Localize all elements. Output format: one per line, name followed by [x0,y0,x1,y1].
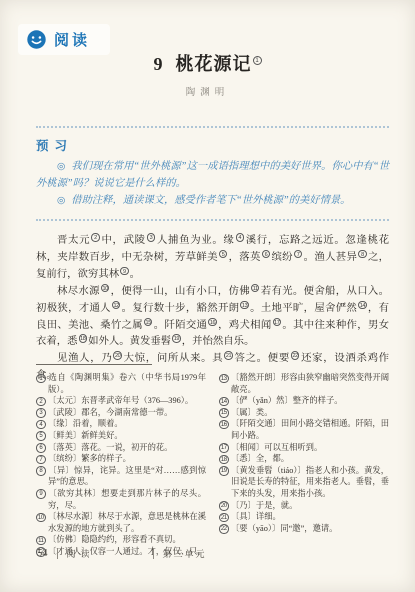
footnote-text: 〔相闻〕可以互相听到。 [231,443,322,452]
footnote-text: 〔太元〕东晋孝武帝年号（376—396）。 [48,396,193,405]
footnote-item: 21〔具〕详细。 [219,511,389,523]
footnotes-right: 13〔豁然开朗〕形容由狭窄幽暗突然变得开阔敞亮。14〔俨（yǎn）然〕整齐的样子… [219,372,389,558]
footer-section-label: 阅读 [67,547,153,560]
preview-item: ◎我们现在常用“世外桃源”这一成语指理想中的美好世界。你心中有“世外桃源”吗？说… [36,159,389,193]
footnote-item: 14〔俨（yǎn）然〕整齐的样子。 [219,395,389,407]
footnote-number: 16 [219,420,229,430]
note-ref-icon: 8 [358,250,367,259]
footnote-item: 16〔阡陌交通〕田间小路交错相通。阡陌，田间小路。 [219,418,389,441]
footnote-text: 〔黄发垂髫（tiáo）〕指老人和小孩。黄发，旧说是长寿的特征，用来指老人。垂髫，… [231,466,389,498]
note-ref-icon: 22 [291,351,300,360]
footnote-number: 14 [219,397,229,407]
footnote-item: 20〔乃〕于是，就。 [219,500,389,512]
footnote-item: 4〔缘〕沿着，顺着。 [36,418,206,430]
footnote-text: 〔林尽水源〕林尽于水源，意思是桃林在溪水发源的地方就到头了。 [48,512,206,533]
note-ref-icon: 3 [147,233,156,242]
footnote-text: 〔缤纷〕繁多的样子。 [48,454,131,463]
lesson-title-text: 桃花源记 [176,54,252,74]
footnote-item: 13〔豁然开朗〕形容由狭窄幽暗突然变得开阔敞亮。 [219,372,389,395]
footnote-number: 21 [219,513,229,523]
footnotes-left: 1选自《陶渊明集》卷六（中华书局1979年版）。2〔太元〕东晋孝武帝年号（376… [36,372,206,558]
footnote-item: 3〔武陵〕郡名，今湖南常德一带。 [36,407,206,419]
footnote-number: 20 [219,501,229,511]
note-ref-icon: 18 [79,334,88,343]
footnotes: 1选自《陶渊明集》卷六（中华书局1979年版）。2〔太元〕东晋孝武帝年号（376… [36,372,389,558]
footnote-item: 11〔仿佛〕隐隐约约，形容看不真切。 [36,534,206,546]
footnote-text: 〔落英〕落花。一说，初开的花。 [48,443,172,452]
note-ref-icon: 13 [240,301,249,310]
note-ref-icon: 2 [91,233,100,242]
note-ref-icon: 4 [236,233,245,242]
footnote-item: 19〔黄发垂髫（tiáo）〕指老人和小孩。黄发，旧说是长寿的特征，用来指老人。垂… [219,465,389,500]
footnote-text: 〔豁然开朗〕形容由狭窄幽暗突然变得开阔敞亮。 [231,373,389,394]
footer-unit-label: 第三单元 [163,547,207,560]
footnote-number: 3 [36,408,46,418]
note-ref-icon: 7 [294,250,303,259]
title-note-ref-icon: 1 [253,56,262,65]
footnote-item: 15〔属〕类。 [219,407,389,419]
footnote-item: 8〔异〕惊异，诧异。这里是“对……感到惊异”的意思。 [36,465,206,488]
footnote-number: 1 [36,374,46,384]
footnote-number: 18 [219,455,229,465]
footnote-item: 9〔欲穷其林〕想要走到那片林子的尽头。穷，尽。 [36,488,206,511]
note-ref-icon: 19 [172,334,181,343]
footnote-text: 〔具〕详细。 [231,512,281,521]
footnote-number: 10 [36,513,46,523]
footnote-item: 17〔相闻〕可以互相听到。 [219,442,389,454]
footnote-item: 7〔缤纷〕繁多的样子。 [36,453,206,465]
footnote-text: 〔武陵〕郡名，今湖南常德一带。 [48,408,172,417]
footnote-number: 8 [36,466,46,476]
note-ref-icon: 21 [224,351,233,360]
footnote-number: 13 [219,374,229,384]
footnote-item: 5〔鲜美〕新鲜美好。 [36,430,206,442]
note-ref-icon: 6 [262,250,271,259]
footnote-number: 2 [36,397,46,407]
footnote-number: 6 [36,443,46,453]
page-footer: 54 阅读 第三单元 [37,547,389,560]
lesson-number: 9 [154,54,164,74]
footnote-item: 22〔要（yāo）〕同“邀”，邀请。 [219,523,389,535]
note-ref-icon: 14 [358,301,367,310]
footer-divider-bar [153,548,154,559]
footnote-divider [36,364,152,365]
footnote-text: 选自《陶渊明集》卷六（中华书局1979年版）。 [48,373,206,394]
footnote-text: 〔欲穷其林〕想要走到那片林子的尽头。穷，尽。 [48,489,206,510]
note-ref-icon: 10 [101,284,110,293]
note-ref-icon: 17 [273,318,282,327]
note-ref-icon: 15 [144,318,153,327]
textbook-page: 阅读 9桃花源记1 陶渊明 预习 ◎我们现在常用“世外桃源”这一成语指理想中的美… [0,0,415,592]
note-ref-icon: 20 [113,351,122,360]
ring-bullet-icon: ◎ [57,162,65,172]
smiley-face-icon [26,29,47,50]
footnote-text: 〔属〕类。 [231,408,273,417]
main-text: 晋太元2中，武陵3人捕鱼为业。缘4溪行，忘路之远近。忽逢桃花林，夹岸数百步，中无… [36,233,389,385]
preview-item-text: 借助注释，通读课文，感受作者笔下“世外桃源”的美好情景。 [71,195,350,206]
footnote-text: 〔要（yāo）〕同“邀”，邀请。 [231,524,337,533]
note-ref-icon: 12 [112,301,121,310]
preview-section: 预习 ◎我们现在常用“世外桃源”这一成语指理想中的美好世界。你心中有“世外桃源”… [36,126,389,221]
footnote-item: 1选自《陶渊明集》卷六（中华书局1979年版）。 [36,372,206,395]
note-ref-icon: 9 [120,267,129,276]
body-paragraph: 林尽水源10，便得一山，山有小口，仿佛11若有光。便舍船，从口入。初极狭，才通人… [36,284,389,352]
footnote-number: 5 [36,431,46,441]
note-ref-icon: 5 [219,250,228,259]
footnote-number: 4 [36,420,46,430]
lesson-title: 9桃花源记1 [0,50,415,76]
footnote-text: 〔阡陌交通〕田间小路交错相通。阡陌，田间小路。 [231,419,389,440]
note-ref-icon: 16 [208,318,217,327]
footnote-number: 11 [36,536,46,546]
footnote-text: 〔仿佛〕隐隐约约，形容看不真切。 [48,535,181,544]
footnote-number: 17 [219,443,229,453]
footnote-item: 2〔太元〕东晋孝武帝年号（376—396）。 [36,395,206,407]
footnote-text: 〔悉〕全，都。 [231,454,289,463]
footnote-text: 〔俨（yǎn）然〕整齐的样子。 [231,396,343,405]
footer-divider-bar [57,548,58,559]
footnote-item: 18〔悉〕全，都。 [219,453,389,465]
footnote-item: 6〔落英〕落花。一说，初开的花。 [36,442,206,454]
footnote-text: 〔鲜美〕新鲜美好。 [48,431,123,440]
footnote-text: 〔缘〕沿着，顺着。 [48,419,123,428]
preview-item: ◎借助注释，通读课文，感受作者笔下“世外桃源”的美好情景。 [36,193,389,210]
body-paragraph: 晋太元2中，武陵3人捕鱼为业。缘4溪行，忘路之远近。忽逢桃花林，夹岸数百步，中无… [36,233,389,284]
page-number: 54 [37,548,48,559]
footnote-number: 22 [219,524,229,534]
footnote-text: 〔乃〕于是，就。 [231,501,297,510]
footnote-item: 10〔林尽水源〕林尽于水源，意思是桃林在溪水发源的地方就到头了。 [36,511,206,534]
footnote-number: 9 [36,489,46,499]
footnote-number: 15 [219,408,229,418]
ring-bullet-icon: ◎ [57,196,65,206]
note-ref-icon: 11 [251,284,260,293]
footnote-text: 〔异〕惊异，诧异。这里是“对……感到惊异”的意思。 [48,466,206,487]
footnote-number: 7 [36,455,46,465]
footnote-number: 19 [219,466,229,476]
author-name: 陶渊明 [0,84,415,98]
badge-label: 阅读 [54,29,90,50]
preview-heading: 预习 [36,136,389,154]
preview-item-text: 我们现在常用“世外桃源”这一成语指理想中的美好世界。你心中有“世外桃源”吗？说说… [36,161,389,189]
